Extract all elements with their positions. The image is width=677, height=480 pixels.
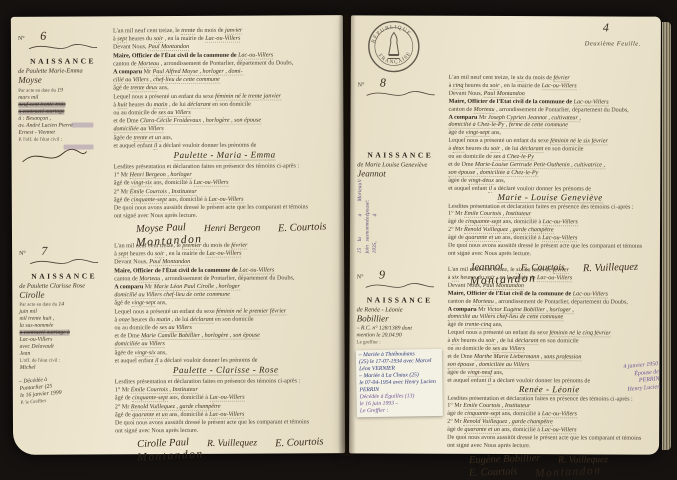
act-number-label: N° [358,82,365,88]
subject-name: de Marie Louise Geneviève Jeannot [357,161,443,177]
flourish-ornament [28,258,100,266]
subject-name: de Renée - Léonie Bobillier [357,306,443,322]
stamp-mark [64,144,94,149]
subject-surname: Jeannot [357,169,443,177]
flourish-ornament [27,43,99,51]
purple-annotations: 4 janvier 1950Épouse dePERRINHenry Lucie… [623,361,660,394]
act-6: N° 6 NAISSANCE de Paulette Marie-Emma Mo… [11,25,344,242]
stamp-figure [388,32,400,58]
act-number: N° 9 [357,267,443,282]
act-number-label: N° [18,36,25,42]
act-number-value: 9 [379,267,385,281]
act-9-margin: N° 9 NAISSANCE de Renée - Léonie Bobilli… [349,265,446,451]
signatures: Eugène BobillierR. VuillequezE. Courtois… [447,451,651,479]
act-6-body: L'an mil neuf cent treize, le trente du … [111,25,344,241]
act-8: N° 8 NAISSANCE de Marie Louise Geneviève… [350,73,661,266]
act-9: N° 9 NAISSANCE de Renée - Léonie Bobilli… [349,265,660,452]
naissance-title: NAISSANCE [18,56,108,65]
pasted-note: – Mariée à Thiébouhans(25) le 17-07-1934… [356,349,443,417]
act-text: L'an mil neuf cent treize, le trente du … [113,26,336,221]
act-9-body: L'an mil neuf cent treize, le six du moi… [445,266,660,453]
act-text: L'an mil neuf cent treize, le premier du… [114,241,337,436]
vertical-marriage-mention: 15 juin 1935,la susnomméea épousé àMorte… [357,179,380,253]
act-number-value: 7 [41,244,47,258]
act-7: N° 7 NAISSANCE de Paulette Clarisse Rose… [12,240,345,454]
act-number: N° 6 [18,28,108,43]
book-gutter [338,14,356,456]
stamp-mark [71,122,93,127]
feuille-label: Deuxième Feuille. [585,40,641,47]
act-number-value: 6 [40,29,46,43]
subject-name: de Paulette Clarisse Rose Cirolle [19,282,109,298]
signatures: Cirolle PaulR. VuillequezE. CourtoisMont… [115,435,337,463]
act-8-margin: N° 8 NAISSANCE de Marie Louise Geneviève… [350,73,447,265]
register-page-left: N° 6 NAISSANCE de Paulette Marie-Emma Mo… [11,15,345,455]
act-6-margin: N° 6 NAISSANCE de Paulette Marie-Emma Mo… [11,26,112,242]
act-number-label: N° [357,274,364,280]
marginal-mention: Par acte en date du 19mars milneuf cent … [18,87,108,143]
page-stack-edge [662,22,671,450]
naissance-title: NAISSANCE [357,295,443,304]
republique-francaise-stamp-icon: RÉPUBLIQUE FRANÇAISE [367,19,421,73]
act-number: N° 8 [358,75,444,90]
death-mention: – Décédée àPontarlier (25le 16 janvier 1… [19,372,111,407]
naissance-title: NAISSANCE [19,271,109,280]
subject-surname: Moyse [18,75,108,83]
act-number-value: 8 [380,75,386,89]
naissance-title: NAISSANCE [357,150,443,159]
rc-mention: – R.C. n° 128/1389 dontmention le 20.04.… [357,325,443,346]
act-number: N° 7 [19,243,109,258]
page-header: 4 Deuxième Feuille. RÉPUBLIQUE FRANÇAISE [351,15,661,74]
subject-name: de Paulette Marie-Emma Moyse [18,67,108,83]
marginal-mention: Par acte en date du 14juin milmil trente… [19,301,109,371]
subject-surname: Bobillier [357,314,443,322]
subject-surname: Cirolle [19,290,109,298]
flourish-ornament [365,90,437,98]
act-text: L'an mil neuf cent treize, le six du moi… [448,75,653,260]
page-number: 4 [603,20,609,35]
act-8-body: L'an mil neuf cent treize, le six du moi… [446,74,661,267]
act-text: L'an mil neuf cent treize, le six du moi… [447,267,652,452]
act-7-margin: N° 7 NAISSANCE de Paulette Clarisse Rose… [12,241,113,454]
act-number-label: N° [19,251,26,257]
register-page-right: 4 Deuxième Feuille. RÉPUBLIQUE FRANÇAISE [349,15,661,454]
flourish-ornament [364,282,436,290]
act-7-body: L'an mil neuf cent treize, le premier du… [112,240,345,453]
